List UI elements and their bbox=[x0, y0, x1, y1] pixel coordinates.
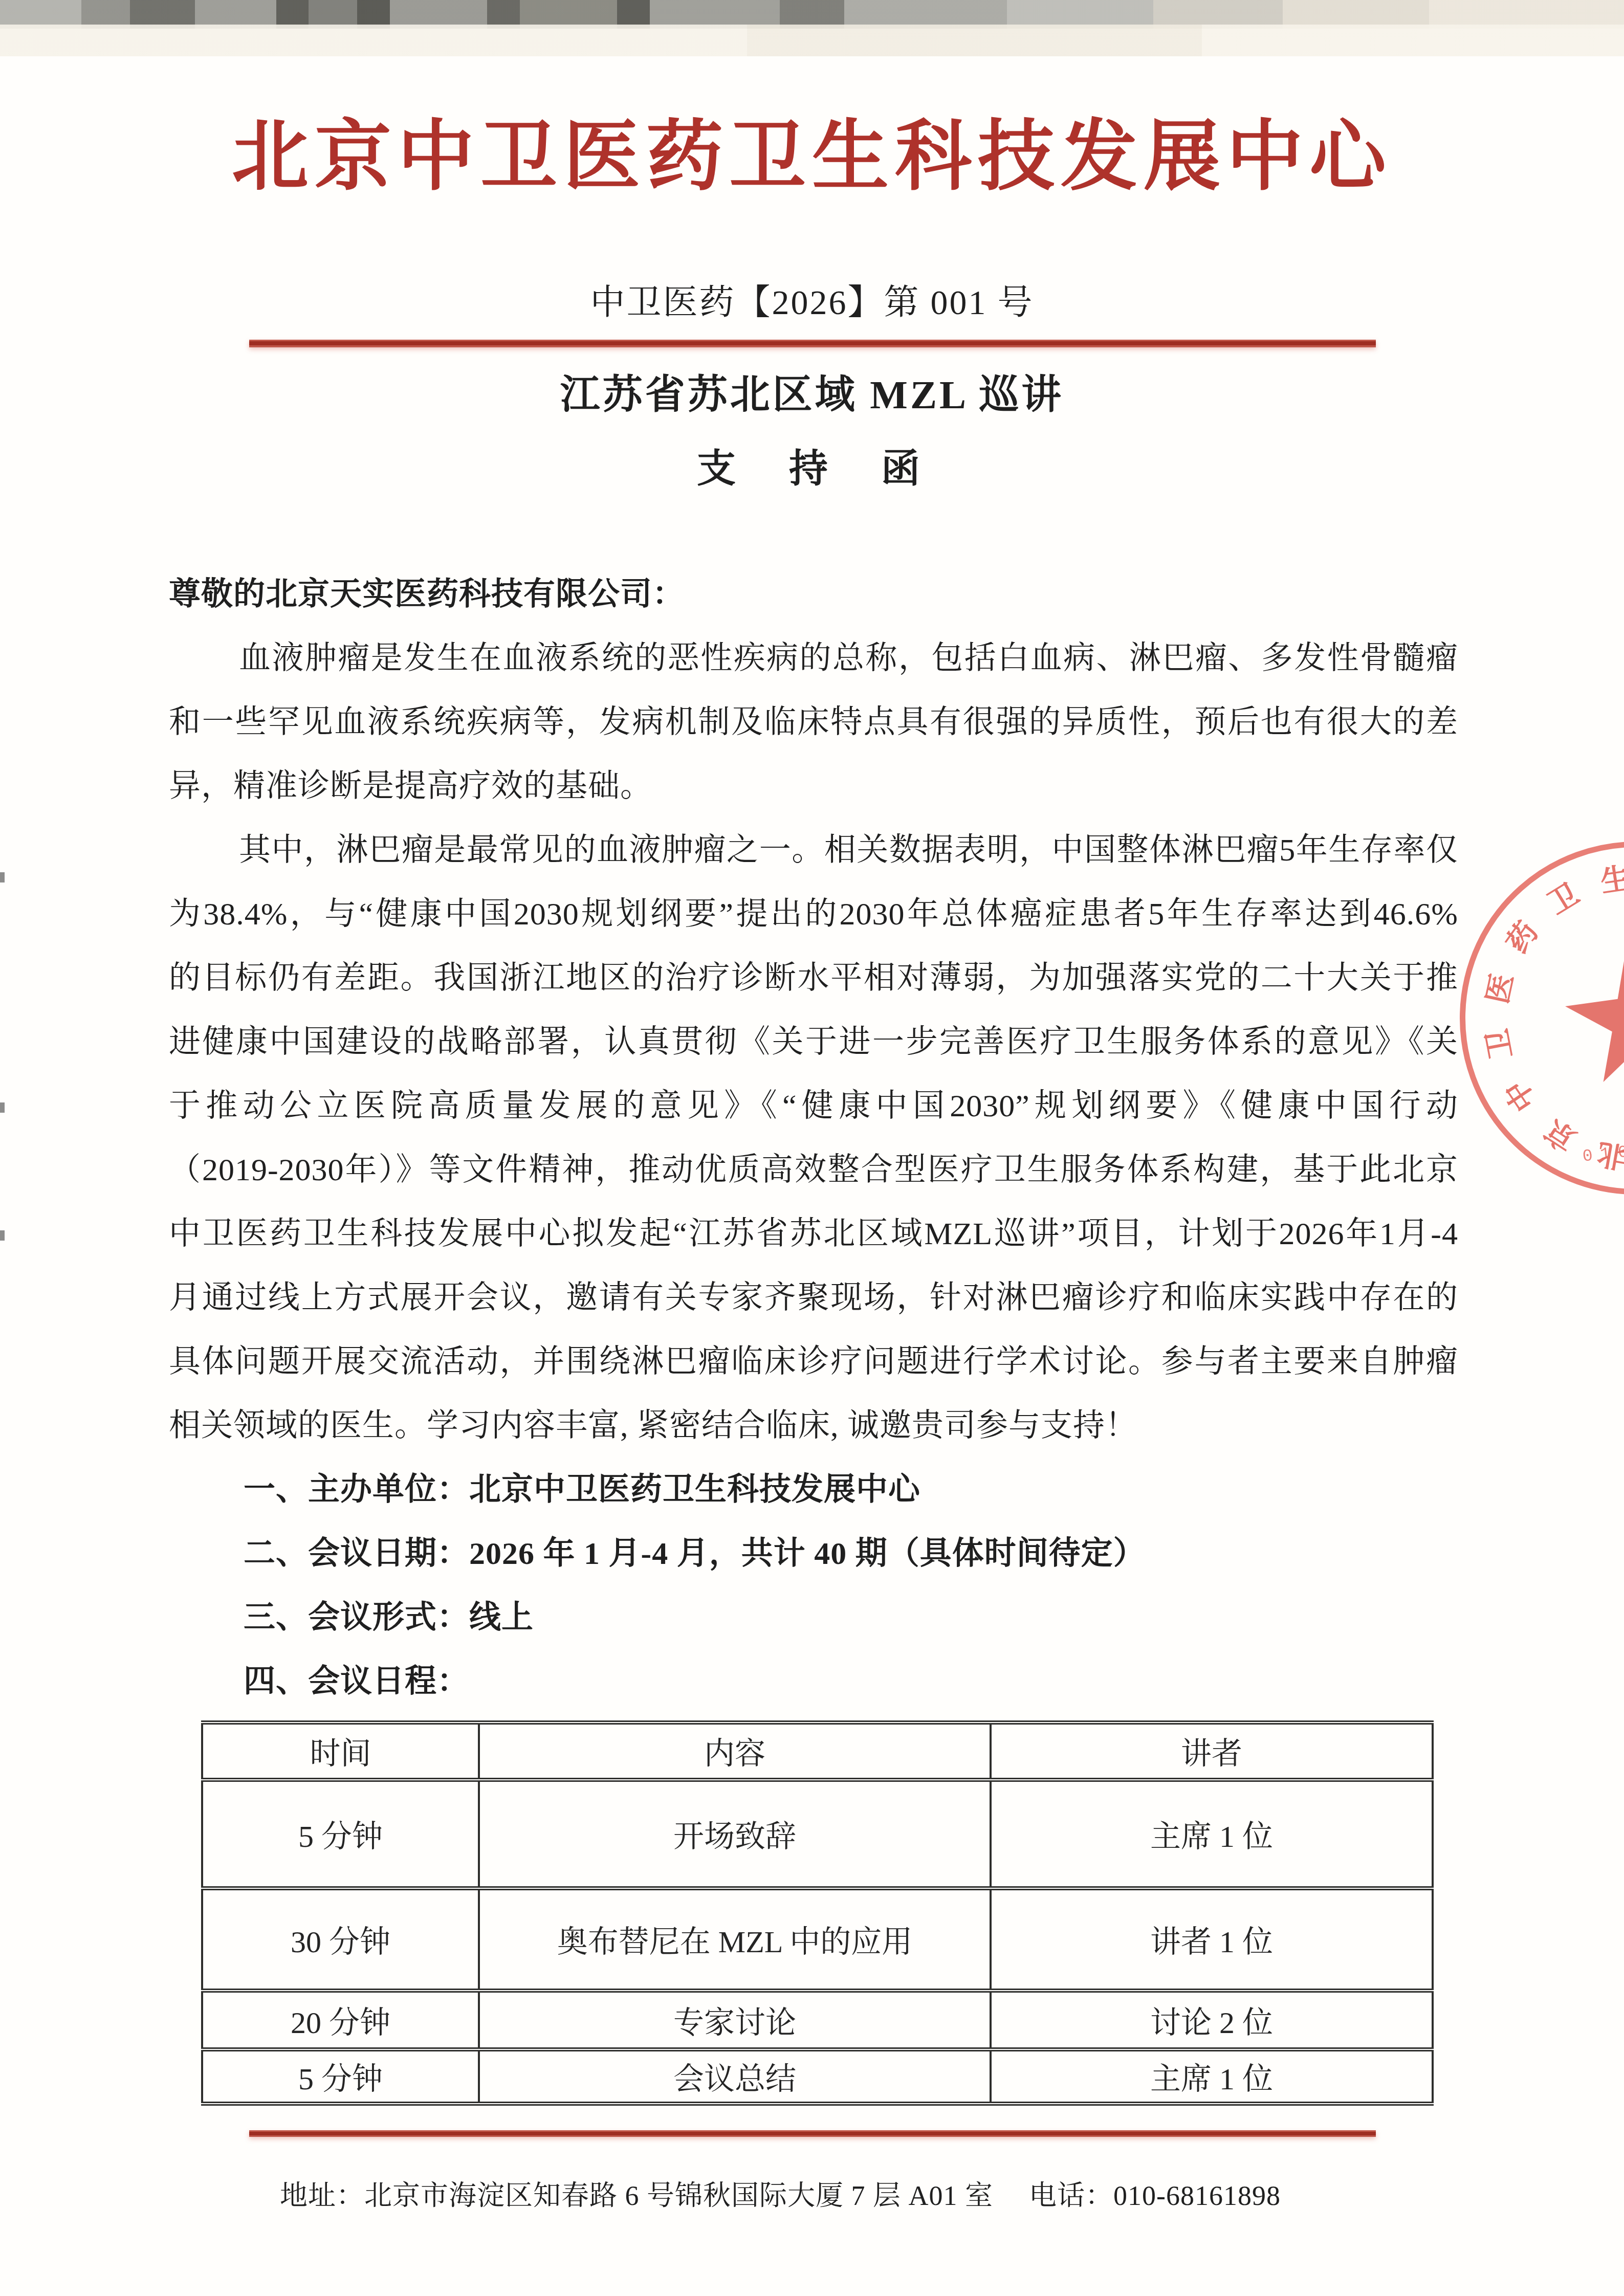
list-item: 一、主办单位：北京中卫医药卫生科技发展中心 bbox=[169, 1458, 1458, 1522]
schedule-table: 时间内容讲者 5 分钟开场致辞主席 1 位30 分钟奥布替尼在 MZL 中的应用… bbox=[201, 1720, 1434, 2106]
greeting-line: 尊敬的北京天实医药科技有限公司： bbox=[169, 563, 1458, 627]
table-row: 30 分钟奥布替尼在 MZL 中的应用讲者 1 位 bbox=[202, 1888, 1433, 1991]
seal-ring-char: 医 bbox=[1480, 969, 1521, 1007]
table-row: 5 分钟开场致辞主席 1 位 bbox=[202, 1780, 1433, 1888]
table-cell: 奥布替尼在 MZL 中的应用 bbox=[479, 1888, 991, 1991]
table-header-cell: 讲者 bbox=[991, 1723, 1433, 1780]
scan-artifact bbox=[0, 872, 5, 882]
body-line: 血液肿瘤是发生在血液系统的恶性疾病的总称，包括白血病、淋巴瘤、多发性骨髓瘤 bbox=[169, 627, 1458, 691]
intro-paragraph: 血液肿瘤是发生在血液系统的恶性疾病的总称，包括白血病、淋巴瘤、多发性骨髓瘤和一些… bbox=[169, 627, 1458, 819]
table-cell: 30 分钟 bbox=[202, 1888, 479, 1991]
numbered-items: 一、主办单位：北京中卫医药卫生科技发展中心二、会议日期：2026 年 1 月-4… bbox=[169, 1458, 1458, 1714]
scanned-letter-page: 北京中卫医药卫生科技发展中心 中卫医药【2026】第 001 号 江苏省苏北区域… bbox=[0, 0, 1624, 2296]
letter-type-title: 支 持 函 bbox=[0, 450, 1624, 489]
seal-ring-char: 药 bbox=[1500, 915, 1546, 960]
seal-ring-char: 卫 bbox=[1480, 1026, 1520, 1063]
body-line: 中卫医药卫生科技发展中心拟发起“江苏省苏北区域MZL巡讲”项目，计划于2026年… bbox=[169, 1202, 1458, 1266]
list-item: 三、会议形式：线上 bbox=[169, 1586, 1458, 1650]
event-subtitle: 江苏省苏北区域 MZL 巡讲 bbox=[0, 375, 1624, 415]
doc-number: 中卫医药【2026】第 001 号 bbox=[0, 285, 1624, 320]
table-cell: 主席 1 位 bbox=[991, 1780, 1433, 1888]
table-cell: 开场致辞 bbox=[479, 1780, 991, 1888]
body-line: 月通过线上方式展开会议，邀请有关专家齐聚现场，针对淋巴瘤诊疗和临床实践中存在的 bbox=[169, 1266, 1458, 1330]
body-line: （2019-2030年）》等文件精神，推动优质高效整合型医疗卫生服务体系构建，基… bbox=[169, 1138, 1458, 1202]
footer-address: 地址：北京市海淀区知春路 6 号锦秋国际大厦 7 层 A01 室 bbox=[280, 2180, 993, 2211]
table-cell: 会议总结 bbox=[479, 2049, 991, 2104]
list-item: 四、会议日程： bbox=[169, 1650, 1458, 1714]
list-item: 二、会议日期：2026 年 1 月-4 月，共计 40 期（具体时间待定） bbox=[169, 1522, 1458, 1586]
table-cell: 20 分钟 bbox=[202, 1991, 479, 2049]
table-cell: 5 分钟 bbox=[202, 2049, 479, 2104]
body-line: 异，精准诊断是提高疗效的基础。 bbox=[169, 755, 1458, 819]
table-header-cell: 时间 bbox=[202, 1723, 479, 1780]
body-line: 具体问题开展交流活动，并围绕淋巴瘤临床诊疗问题进行学术讨论。参与者主要来自肿瘤 bbox=[169, 1330, 1458, 1394]
table-row: 20 分钟专家讨论讨论 2 位 bbox=[202, 1991, 1433, 2049]
seal-ring-char: 生 bbox=[1598, 861, 1624, 900]
letterhead-org-title: 北京中卫医药卫生科技发展中心 bbox=[0, 119, 1624, 195]
table-cell: 5 分钟 bbox=[202, 1780, 479, 1888]
scan-artifact bbox=[0, 1102, 5, 1113]
body-line: 于推动公立医院高质量发展的意见》《“健康中国2030”规划纲要》《健康中国行动 bbox=[169, 1074, 1458, 1138]
body-line: 为38.4%，与“健康中国2030规划纲要”提出的2030年总体癌症患者5年生存… bbox=[169, 882, 1458, 946]
scan-artifact-band-light bbox=[0, 25, 1624, 56]
body-line: 的目标仍有差距。我国浙江地区的治疗诊断水平相对薄弱，为加强落实党的二十大关于推 bbox=[169, 946, 1458, 1010]
table-cell: 专家讨论 bbox=[479, 1991, 991, 2049]
footer-rule bbox=[249, 2130, 1376, 2137]
table-cell: 讲者 1 位 bbox=[991, 1888, 1433, 1991]
main-paragraph: 其中，淋巴瘤是最常见的血液肿瘤之一。相关数据表明，中国整体淋巴瘤5年生存率仅为3… bbox=[169, 819, 1458, 1458]
table-row: 5 分钟会议总结主席 1 位 bbox=[202, 2049, 1433, 2104]
body-line: 其中，淋巴瘤是最常见的血液肿瘤之一。相关数据表明，中国整体淋巴瘤5年生存率仅 bbox=[169, 819, 1458, 882]
table-header-row: 时间内容讲者 bbox=[202, 1723, 1433, 1780]
body-line: 和一些罕见血液系统疾病等，发病机制及临床特点具有很强的异质性，预后也有很大的差 bbox=[169, 691, 1458, 755]
seal-ring-char: 京 bbox=[1538, 1112, 1583, 1158]
letterhead-rule bbox=[249, 340, 1376, 347]
scan-artifact bbox=[0, 1230, 5, 1241]
footer-contact-line: 地址：北京市海淀区知春路 6 号锦秋国际大厦 7 层 A01 室电话：010-6… bbox=[280, 2179, 1281, 2213]
table-cell: 讨论 2 位 bbox=[991, 1991, 1433, 2049]
table-header-cell: 内容 bbox=[479, 1723, 991, 1780]
seal-ring-char: 中 bbox=[1498, 1073, 1544, 1118]
body-line: 进健康中国建设的战略部署，认真贯彻《关于进一步完善医疗卫生服务体系的意见》《关 bbox=[169, 1010, 1458, 1074]
footer-phone: 电话：010-68161898 bbox=[1029, 2180, 1281, 2211]
seal-ring-char: 卫 bbox=[1541, 877, 1586, 922]
body-line: 相关领域的医生。学习内容丰富, 紧密结合临床, 诚邀贵司参与支持！ bbox=[169, 1394, 1458, 1458]
letter-body: 尊敬的北京天实医药科技有限公司： 血液肿瘤是发生在血液系统的恶性疾病的总称，包括… bbox=[169, 563, 1458, 1714]
table-cell: 主席 1 位 bbox=[991, 2049, 1433, 2104]
